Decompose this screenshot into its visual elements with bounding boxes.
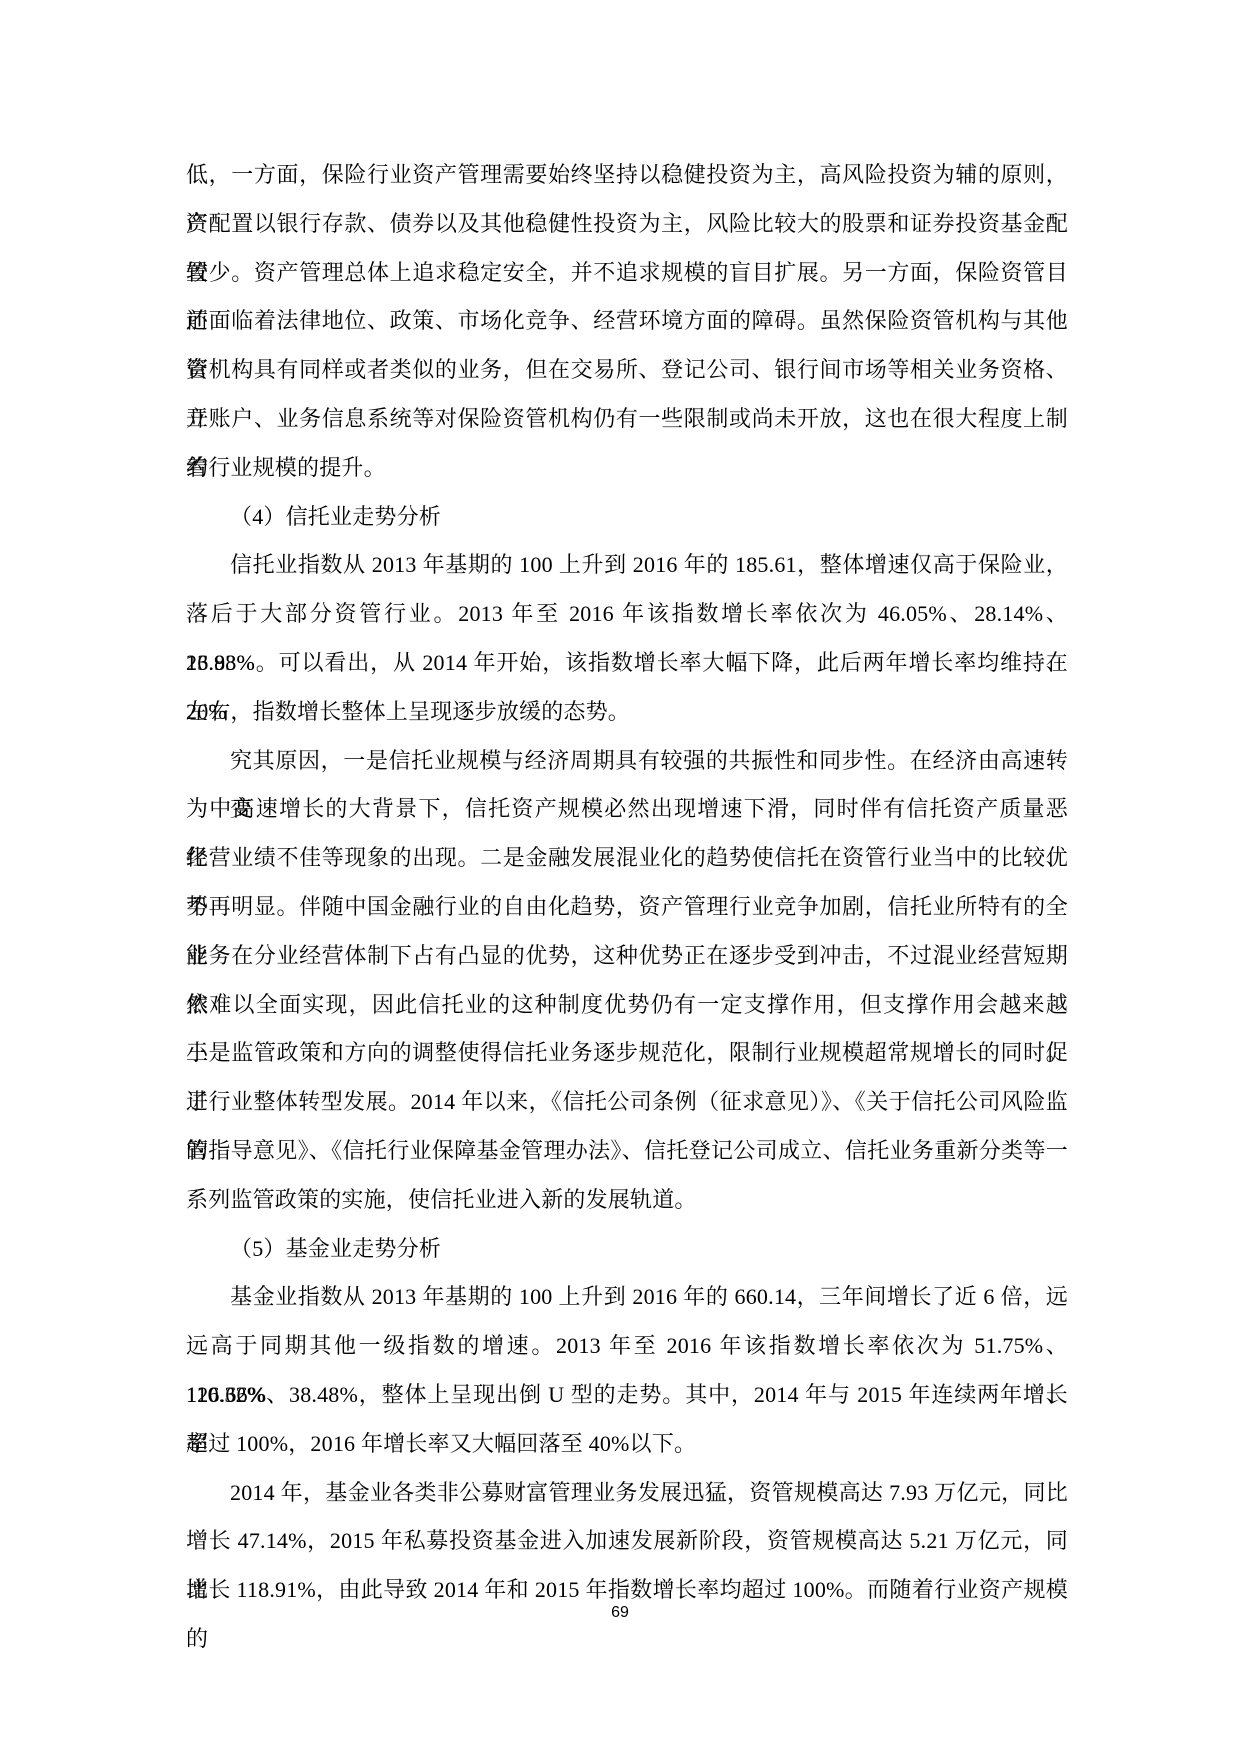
text-line: 了行业整体转型发展。2014 年以来，《信托公司条例（征求意见）》、《关于信托公… — [186, 1078, 1068, 1127]
text-line: 还面临着法律地位、政策、市场化竞争、经营环境方面的障碍。虽然保险资管机构与其他资 — [186, 297, 1068, 346]
text-line: 远高于同期其他一级指数的增速。2013 年至 2016 年该指数增长率依次为 5… — [186, 1322, 1068, 1371]
text-line: 业务在分业经营体制下占有凸显的优势，这种优势正在逐步受到冲击，不过混业经营短期依 — [186, 932, 1068, 981]
text-line: 基金业指数从 2013 年基期的 100 上升到 2016 年的 660.14，… — [186, 1273, 1068, 1322]
text-line: 系列监管政策的实施，使信托业进入新的发展轨道。 — [186, 1176, 1068, 1225]
text-line: 左右，指数增长整体上呈现逐步放缓的态势。 — [186, 688, 1068, 737]
page-footer: 69 — [0, 1604, 1240, 1622]
text-line: 2014 年，基金业各类非公募财富管理业务发展迅猛，资管规模高达 7.93 万亿… — [186, 1469, 1068, 1518]
text-line: 为中高速增长的大背景下，信托资产规模必然出现增速下滑，同时伴有信托资产质量恶化、 — [186, 785, 1068, 834]
text-line: 信托业指数从 2013 年基期的 100 上升到 2016 年的 185.61，… — [186, 541, 1068, 590]
text-line: 超过 100%，2016 年增长率又大幅回落至 40%以下。 — [186, 1420, 1068, 1469]
text-line: 110.32%、38.48%，整体上呈现出倒 U 型的走势。其中，2014 年与… — [186, 1371, 1068, 1420]
document-page: 低，一方面，保险行业资产管理需要始终坚持以稳健投资为主，高风险投资为辅的原则，资… — [0, 0, 1240, 1754]
text-line: 三是监管政策和方向的调整使得信托业务逐步规范化，限制行业规模超常规增长的同时促进 — [186, 1029, 1068, 1078]
text-line: 较少。资产管理总体上追求稳定安全，并不追求规模的盲目扩展。另一方面，保险资管目前 — [186, 249, 1068, 298]
text-line: 着行业规模的提升。 — [186, 444, 1068, 493]
text-line: 落后于大部分资管行业。2013 年至 2016 年该指数增长率依次为 46.05… — [186, 590, 1068, 639]
text-line: 立账户、业务信息系统等对保险资管机构仍有一些限制或尚未开放，这也在很大程度上制约 — [186, 395, 1068, 444]
text-line: 产配置以银行存款、债券以及其他稳健性投资为主，风险比较大的股票和证券投资基金配置 — [186, 200, 1068, 249]
text-line: 经营业绩不佳等现象的出现。二是金融发展混业化的趋势使信托在资管行业当中的比较优势 — [186, 834, 1068, 883]
text-line: 究其原因，一是信托业规模与经济周期具有较强的共振性和同步性。在经济由高速转变 — [186, 737, 1068, 786]
text-line: 不再明显。伴随中国金融行业的自由化趋势，资产管理行业竞争加剧，信托业所特有的全能 — [186, 883, 1068, 932]
text-line: （4）信托业走势分析 — [186, 493, 1068, 542]
page-number: 69 — [611, 1604, 629, 1621]
text-line: （5）基金业走势分析 — [186, 1225, 1068, 1274]
text-line: 然难以全面实现，因此信托业的这种制度优势仍有一定支撑作用，但支撑作用会越来越小。 — [186, 981, 1068, 1030]
text-line: 低，一方面，保险行业资产管理需要始终坚持以稳健投资为主，高风险投资为辅的原则，资 — [186, 151, 1068, 200]
text-line: 增长 47.14%，2015 年私募投资基金进入加速发展新阶段，资管规模高达 5… — [186, 1517, 1068, 1566]
text-line: 管机构具有同样或者类似的业务，但在交易所、登记公司、银行间市场等相关业务资格、开 — [186, 346, 1068, 395]
body-text: 低，一方面，保险行业资产管理需要始终坚持以稳健投资为主，高风险投资为辅的原则，资… — [186, 151, 1068, 1615]
text-line: 23.93%。可以看出，从 2014 年开始，该指数增长率大幅下降，此后两年增长… — [186, 639, 1068, 688]
text-line: 的指导意见》、《信托行业保障基金管理办法》、信托登记公司成立、信托业务重新分类等… — [186, 1127, 1068, 1176]
